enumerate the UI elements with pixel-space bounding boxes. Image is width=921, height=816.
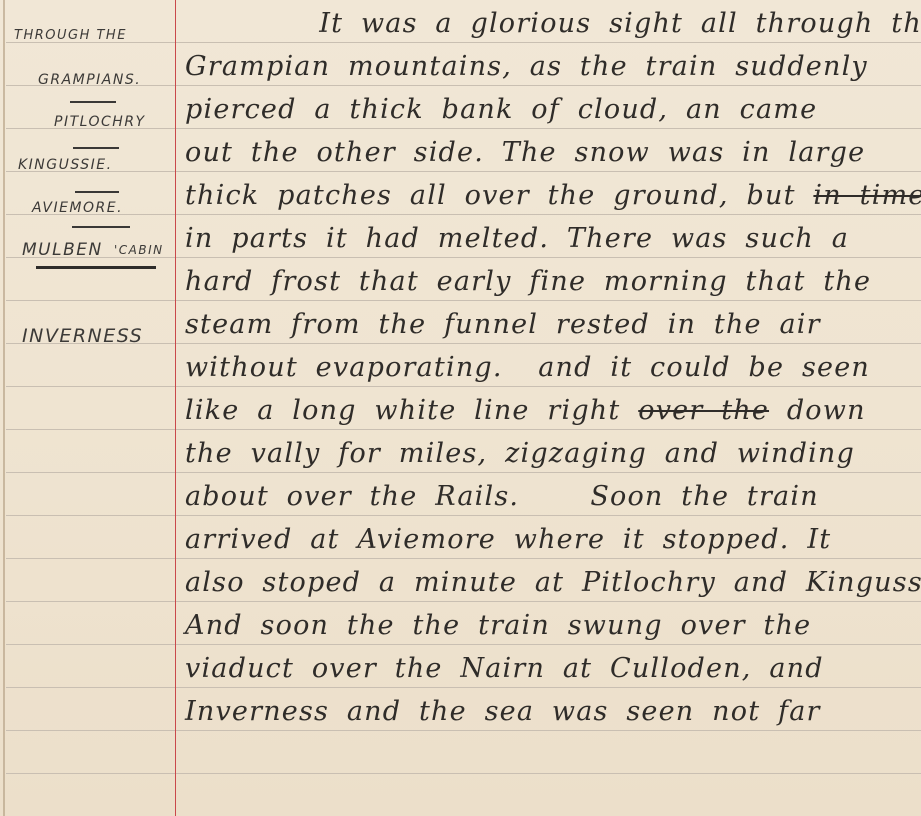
- line-text: hard frost that early fine morning that …: [185, 266, 871, 297]
- margin-note: KINGUSSIE.: [18, 157, 113, 173]
- ruled-line: [6, 386, 921, 387]
- line-text: Inverness and the sea was seen not far: [185, 696, 821, 727]
- line-text: about over the Rails. Soon the train: [185, 481, 819, 512]
- line-text: also stoped a minute at Pitlochry and Ki…: [185, 567, 921, 598]
- struck-out-text: in time: [813, 180, 921, 211]
- ruled-line: [6, 257, 921, 258]
- handwritten-line: arrived at Aviemore where it stopped. It: [185, 524, 831, 555]
- margin-dash: [75, 191, 119, 193]
- ruled-line: [6, 773, 921, 774]
- handwritten-line: It was a glorious sight all through the: [185, 8, 921, 39]
- struck-out-text: over the: [638, 395, 769, 426]
- line-text: It was a glorious sight all through the: [185, 8, 921, 39]
- margin-dash: [70, 101, 116, 103]
- ruled-line: [6, 601, 921, 602]
- line-text: in parts it had melted. There was such a: [185, 223, 849, 254]
- margin-note: THROUGH THE: [14, 28, 127, 43]
- handwritten-line: about over the Rails. Soon the train: [185, 481, 819, 512]
- ruled-line: [6, 171, 921, 172]
- handwritten-line: And soon the the train swung over the: [185, 610, 811, 641]
- line-text: thick patches all over the ground, but: [185, 180, 813, 211]
- line-text: Grampian mountains, as the train suddenl…: [185, 51, 868, 82]
- ruled-line: [6, 343, 921, 344]
- handwritten-line: hard frost that early fine morning that …: [185, 266, 871, 297]
- handwritten-line: pierced a thick bank of cloud, an came: [185, 94, 817, 125]
- red-margin-line: [175, 0, 176, 816]
- line-text: arrived at Aviemore where it stopped. It: [185, 524, 831, 555]
- margin-note: GRAMPIANS.: [38, 72, 141, 88]
- handwritten-line: steam from the funnel rested in the air: [185, 309, 821, 340]
- ruled-line: [6, 515, 921, 516]
- ruled-line: [6, 558, 921, 559]
- ruled-line: [6, 687, 921, 688]
- line-text: like a long white line right: [185, 395, 638, 426]
- handwritten-line: Grampian mountains, as the train suddenl…: [185, 51, 868, 82]
- ruled-line: [6, 472, 921, 473]
- line-text: the vally for miles, zigzaging and windi…: [185, 438, 855, 469]
- handwritten-line: Inverness and the sea was seen not far: [185, 696, 821, 727]
- mulben-underline: [36, 266, 156, 269]
- handwritten-line: without evaporating. and it could be see…: [185, 352, 870, 383]
- line-text: down: [769, 395, 866, 426]
- notebook-page: THROUGH THEGRAMPIANS.PITLOCHRYKINGUSSIE.…: [0, 0, 921, 816]
- margin-note: INVERNESS: [22, 325, 143, 347]
- margin-note: AVIEMORE.: [32, 200, 123, 216]
- page-binding-edge: [3, 0, 5, 816]
- ruled-line: [6, 730, 921, 731]
- handwritten-line: also stoped a minute at Pitlochry and Ki…: [185, 567, 921, 598]
- ruled-line: [6, 42, 921, 43]
- margin-note: PITLOCHRY: [54, 114, 146, 130]
- line-text: And soon the the train swung over the: [185, 610, 811, 641]
- handwritten-line: like a long white line right over the do…: [185, 395, 866, 426]
- margin-dash: [72, 226, 130, 228]
- margin-note: 'CABIN: [114, 243, 164, 257]
- handwritten-line: viaduct over the Nairn at Culloden, and: [185, 653, 824, 684]
- margin-dash: [73, 147, 119, 149]
- handwritten-line: the vally for miles, zigzaging and windi…: [185, 438, 855, 469]
- handwritten-line: in parts it had melted. There was such a: [185, 223, 849, 254]
- ruled-line: [6, 300, 921, 301]
- line-text: out the other side. The snow was in larg…: [185, 137, 865, 168]
- ruled-line: [6, 85, 921, 86]
- line-text: viaduct over the Nairn at Culloden, and: [185, 653, 824, 684]
- handwritten-line: thick patches all over the ground, but i…: [185, 180, 921, 211]
- margin-note: MULBEN: [22, 240, 103, 260]
- handwritten-line: out the other side. The snow was in larg…: [185, 137, 865, 168]
- ruled-line: [6, 214, 921, 215]
- line-text: without evaporating. and it could be see…: [185, 352, 870, 383]
- line-text: pierced a thick bank of cloud, an came: [185, 94, 817, 125]
- line-text: steam from the funnel rested in the air: [185, 309, 821, 340]
- ruled-line: [6, 429, 921, 430]
- ruled-line: [6, 644, 921, 645]
